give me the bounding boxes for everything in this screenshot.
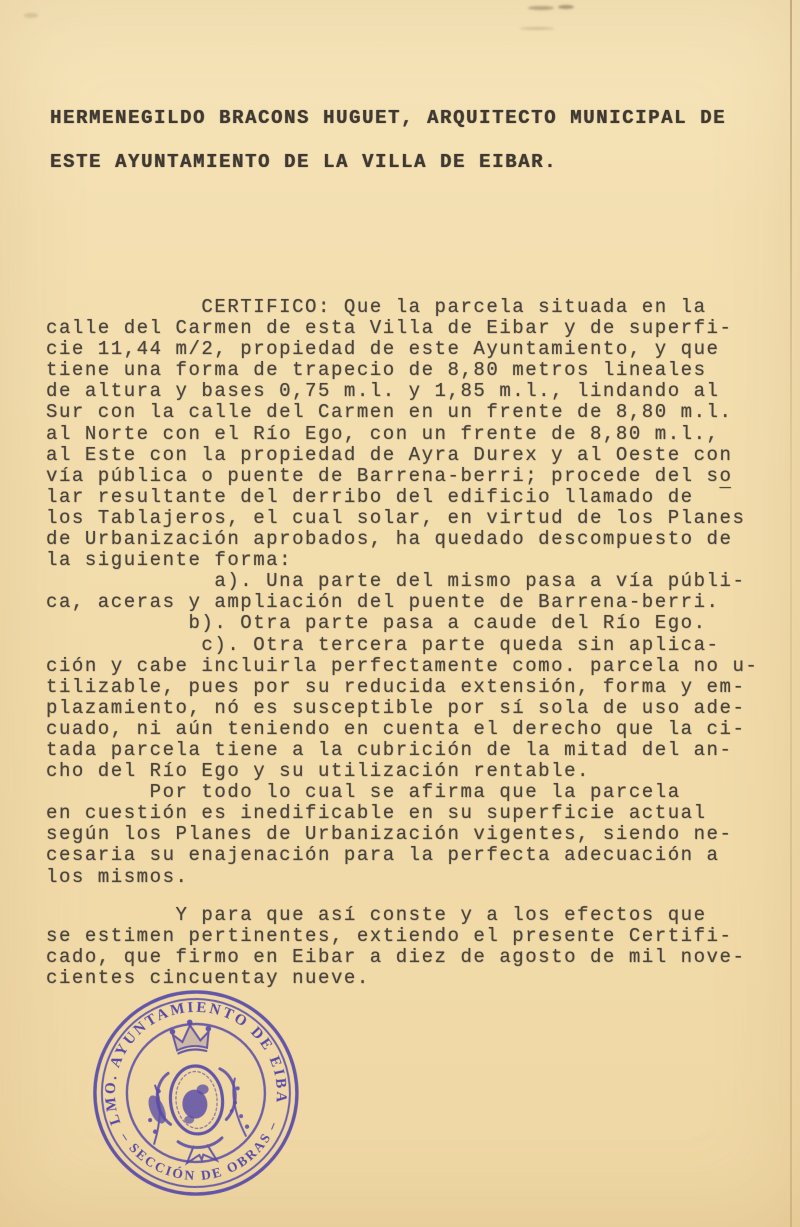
- paper-fold-line: [790, 0, 792, 1227]
- coat-of-arms: [138, 1016, 251, 1166]
- laurel-branch-left: [144, 1085, 172, 1145]
- paper-smudge: [558, 5, 574, 9]
- scanned-certificate-page: HERMENEGILDO BRACONS HUGUET, ARQUITECTO …: [0, 0, 800, 1227]
- shield: [168, 1064, 226, 1136]
- municipal-seal-stamp: ILMO. AYUNTAMIENTO DE EIBAR – SECCIÓN DE…: [77, 979, 315, 1209]
- document-text-block: CERTIFICO: Que la parcela situada en la …: [46, 297, 776, 989]
- paper-smudge: [24, 13, 38, 18]
- paper-smudge: [528, 6, 554, 10]
- paper-smudge: [520, 27, 554, 30]
- ribbon: [178, 1138, 224, 1164]
- document-header: HERMENEGILDO BRACONS HUGUET, ARQUITECTO …: [50, 96, 726, 184]
- certificate-body: CERTIFICO: Que la parcela situada en la …: [46, 297, 776, 888]
- closing-paragraph: Y para que así conste y a los efectos qu…: [46, 905, 776, 989]
- laurel-branch-right: [227, 1078, 250, 1137]
